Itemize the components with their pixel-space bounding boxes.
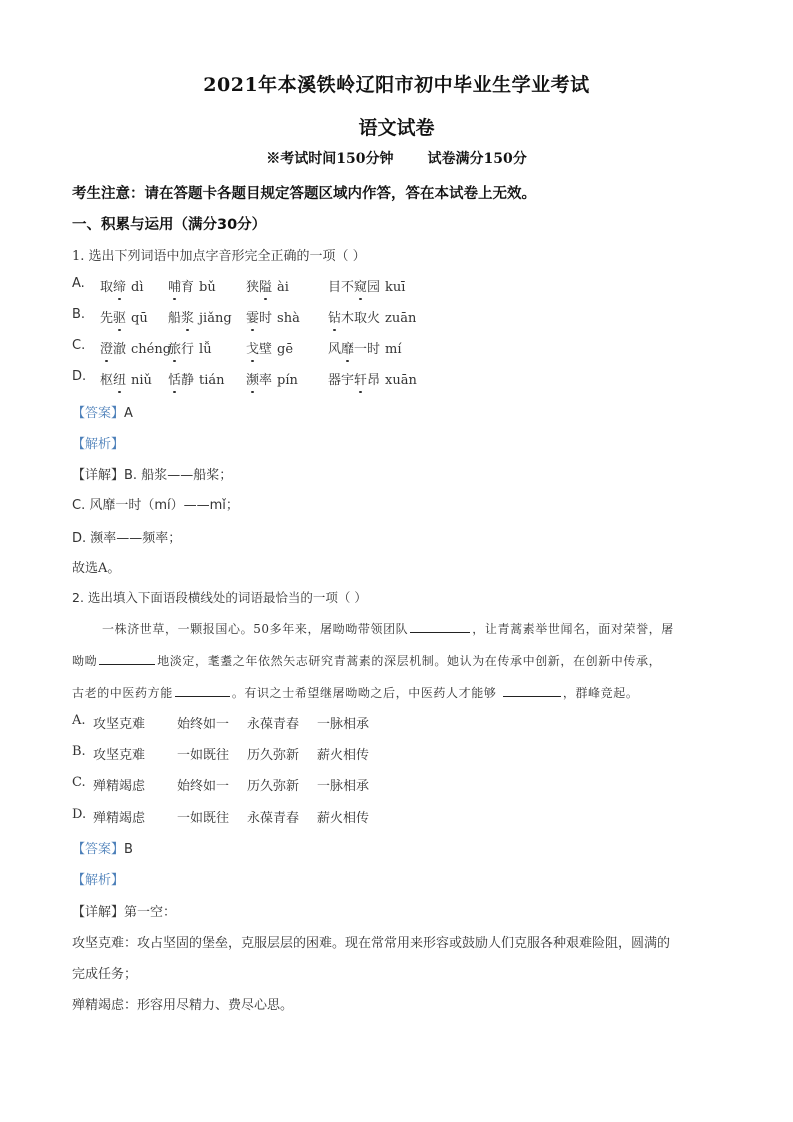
option-word: 恬静tián xyxy=(168,369,225,388)
option-word: 一如既往 xyxy=(177,744,229,763)
option-word: 殚精竭虑 xyxy=(93,775,145,794)
option-word: 枢纽niǔ xyxy=(100,369,152,388)
q1-answer: 【答案】A xyxy=(72,402,133,421)
pinyin: zuān xyxy=(385,311,416,326)
blank-1 xyxy=(410,620,470,633)
emphasis-dot-char: 钻 xyxy=(328,307,341,326)
emphasis-dot-char: 浆 xyxy=(181,307,194,326)
pinyin: bǔ xyxy=(199,280,216,295)
answer-value: B xyxy=(124,842,133,857)
passage-line: 古老的中医药方能。有识之士希望继屠呦呦之后，中医药人才能够 ，群峰竞起。 xyxy=(72,684,638,701)
detail-line: 完成任务； xyxy=(72,963,137,982)
option-word: 哺育bǔ xyxy=(168,276,216,295)
option-word: 风靡一时mí xyxy=(328,338,402,357)
option-word: 永葆青春 xyxy=(247,713,299,732)
option-word: 器宇轩昂xuān xyxy=(328,369,417,388)
option-word: 一脉相承 xyxy=(317,713,369,732)
answer-value: A xyxy=(124,406,133,421)
option-word: 历久弥新 xyxy=(247,744,299,763)
detail-tag: 【详解】 xyxy=(72,468,124,483)
detail-tag: 【详解】 xyxy=(72,905,124,920)
option-word: 始终如一 xyxy=(177,713,229,732)
option-word: 狭隘ài xyxy=(246,276,289,295)
passage-line: 一株济世草，一颗报国心。50多年来，屠呦呦带领团队，让青蒿素举世闻名，面对荣誉，… xyxy=(102,620,674,637)
option-label: C. xyxy=(72,775,86,790)
blank-4 xyxy=(503,684,561,697)
option-word: 目不窥园kuī xyxy=(328,276,405,295)
option-word: 霎时shà xyxy=(246,307,300,326)
section-heading: 一、积累与运用（满分30分） xyxy=(72,213,266,234)
detail-line: B. 船浆——船桨； xyxy=(124,468,232,483)
answer-tag: 【答案】 xyxy=(72,406,124,421)
option-word: 攻坚克难 xyxy=(93,744,145,763)
pinyin: dì xyxy=(131,280,143,295)
emphasis-dot-char: 霎 xyxy=(246,307,259,326)
q2-detail: 【详解】第一空： xyxy=(72,901,176,920)
option-word: 永葆青春 xyxy=(247,807,299,826)
emphasis-dot-char: 靡 xyxy=(341,338,354,357)
emphasis-dot-char: 纽 xyxy=(113,369,126,388)
subject-title: 语文试卷 xyxy=(0,113,793,140)
option-label: D. xyxy=(72,807,86,822)
emphasis-dot-char: 濒 xyxy=(246,369,259,388)
option-word: 澄澈chéng xyxy=(100,338,171,357)
option-word: 薪火相传 xyxy=(317,744,369,763)
q1-detail: 【详解】B. 船浆——船桨； xyxy=(72,464,232,483)
emphasis-dot-char: 驱 xyxy=(113,307,126,326)
pinyin: kuī xyxy=(385,280,405,295)
option-word: 濒率pín xyxy=(246,369,298,388)
option-word: 一如既往 xyxy=(177,807,229,826)
q2-answer: 【答案】B xyxy=(72,838,133,857)
option-label: A. xyxy=(72,713,86,728)
option-word: 殚精竭虑 xyxy=(93,807,145,826)
pinyin: mí xyxy=(385,342,402,357)
pinyin: niǔ xyxy=(131,373,152,388)
answer-tag: 【答案】 xyxy=(72,842,124,857)
pinyin: xuān xyxy=(385,373,417,388)
pinyin: tián xyxy=(199,373,225,388)
option-word: 薪火相传 xyxy=(317,807,369,826)
option-word: 攻坚克难 xyxy=(93,713,145,732)
option-word: 先驱qū xyxy=(100,307,148,326)
pinyin: ài xyxy=(277,280,289,295)
q2-stem: 2. 选出填入下面语段横线处的词语最恰当的一项（ ） xyxy=(72,588,367,606)
detail-line: 第一空： xyxy=(124,905,176,920)
pinyin: chéng xyxy=(131,342,171,357)
blank-2 xyxy=(99,652,155,665)
candidate-notice: 考生注意：请在答题卡各题目规定答题区域内作答，答在本试卷上无效。 xyxy=(72,182,536,203)
detail-line: 殚精竭虑：形容用尽精力、费尽心思。 xyxy=(72,994,293,1013)
detail-line: C. 风靡一时（mí）——mǐ； xyxy=(72,494,239,513)
emphasis-dot-char: 恬 xyxy=(168,369,181,388)
pinyin: qū xyxy=(131,311,148,326)
option-label: A. xyxy=(72,276,85,291)
option-word: 始终如一 xyxy=(177,775,229,794)
q1-stem: 1. 选出下列词语中加点字音形完全正确的一项（ ） xyxy=(72,245,366,264)
emphasis-dot-char: 轩 xyxy=(354,369,367,388)
pinyin: gē xyxy=(277,342,293,357)
option-word: 旅行lǚ xyxy=(168,338,212,357)
option-word: 戈壁gē xyxy=(246,338,293,357)
blank-3 xyxy=(175,684,230,697)
detail-line: 攻坚克难：攻占坚固的堡垒，克服层层的困难。现在常常用来形容或鼓励人们克服各种艰难… xyxy=(72,932,670,951)
exam-title: 2021年本溪铁岭辽阳市初中毕业生学业考试 xyxy=(0,70,793,97)
emphasis-dot-char: 隘 xyxy=(259,276,272,295)
option-word: 钻木取火zuān xyxy=(328,307,416,326)
option-label: B. xyxy=(72,307,85,322)
option-word: 一脉相承 xyxy=(317,775,369,794)
q2-analysis-tag: 【解析】 xyxy=(72,869,124,888)
option-word: 取缔dì xyxy=(100,276,144,295)
pinyin: shà xyxy=(277,311,300,326)
pinyin: pín xyxy=(277,373,298,388)
option-word: 历久弥新 xyxy=(247,775,299,794)
option-label: D. xyxy=(72,369,86,384)
option-label: B. xyxy=(72,744,86,759)
exam-info: ※考试时间150分钟试卷满分150分 xyxy=(0,148,793,168)
option-label: C. xyxy=(72,338,85,353)
passage-line: 呦呦地淡定，耄耋之年依然矢志研究青蒿素的深层机制。她认为在传承中创新，在创新中传… xyxy=(72,652,661,669)
detail-line: D. 濒率——频率； xyxy=(72,527,181,546)
emphasis-dot-char: 旅 xyxy=(168,338,181,357)
exam-time: ※考试时间150分钟 xyxy=(266,151,393,167)
emphasis-dot-char: 缔 xyxy=(113,276,126,295)
pinyin: lǚ xyxy=(199,342,212,357)
q1-analysis-tag: 【解析】 xyxy=(72,433,124,452)
pinyin: jiǎng xyxy=(199,311,232,326)
emphasis-dot-char: 戈 xyxy=(246,338,259,357)
full-score: 试卷满分150分 xyxy=(428,151,527,167)
emphasis-dot-char: 澄 xyxy=(100,338,113,357)
emphasis-dot-char: 哺 xyxy=(168,276,181,295)
option-word: 船浆jiǎng xyxy=(168,307,232,326)
conclusion-line: 故选A。 xyxy=(72,557,120,576)
emphasis-dot-char: 窥 xyxy=(354,276,367,295)
